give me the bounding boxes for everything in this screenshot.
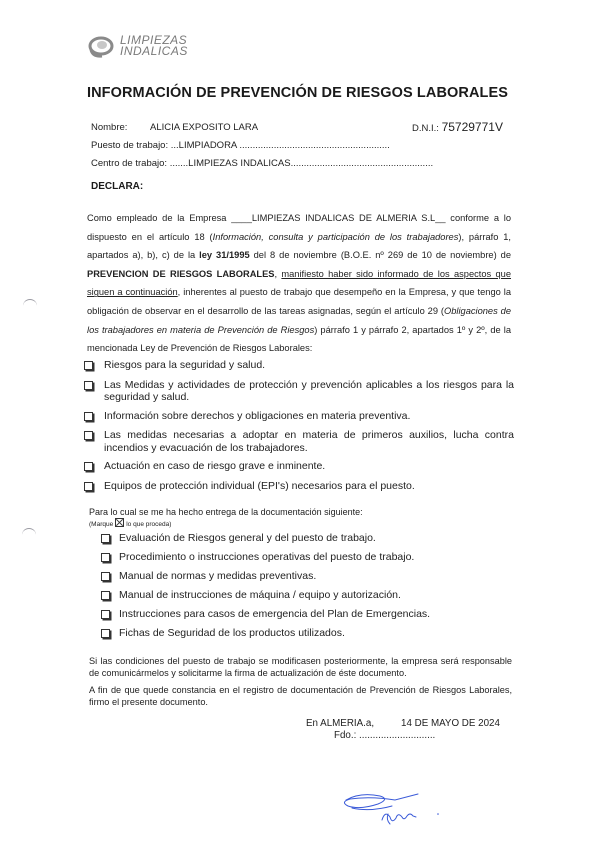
checked-box-icon — [115, 518, 124, 527]
checkbox-icon[interactable] — [84, 431, 93, 440]
signature-date: 14 DE MAYO DE 2024 — [401, 718, 500, 729]
company-logo-text: LIMPIEZAS INDALICAS — [120, 35, 188, 57]
documentation-item: Evaluación de Riesgos general y del pues… — [101, 532, 521, 551]
documentation-note: (Marquelo que proceda) — [89, 518, 171, 528]
name-label: Nombre: — [91, 122, 127, 133]
checkbox-icon[interactable] — [101, 572, 110, 581]
documentation-item: Fichas de Seguridad de los productos uti… — [101, 627, 521, 646]
documentation-item: Manual de normas y medidas preventivas. — [101, 570, 521, 589]
declara-heading: DECLARA: — [91, 181, 143, 192]
company-logo-icon — [88, 36, 114, 58]
info-items-list: Riesgos para la seguridad y salud. Las M… — [84, 359, 514, 492]
binder-hole — [23, 299, 37, 306]
info-item: Las medidas necesarias a adoptar en mate… — [84, 429, 514, 454]
info-item: Equipos de protección individual (EPI's)… — [84, 480, 514, 493]
company-logo: LIMPIEZAS INDALICAS — [88, 34, 228, 64]
documentation-item: Manual de instrucciones de máquina / equ… — [101, 589, 521, 608]
documentation-item: Procedimiento o instrucciones operativas… — [101, 551, 521, 570]
closing-paragraph-1: Si las condiciones del puesto de trabajo… — [89, 656, 512, 679]
puesto-value: ...LIMPIADORA ..........................… — [171, 140, 390, 151]
checkbox-icon[interactable] — [84, 412, 93, 421]
logo-line-2: INDALICAS — [120, 46, 188, 57]
checkbox-icon[interactable] — [101, 591, 110, 600]
documentation-item: Instrucciones para casos de emergencia d… — [101, 608, 521, 627]
checkbox-icon[interactable] — [84, 361, 93, 370]
documentation-list: Evaluación de Riesgos general y del pues… — [101, 532, 521, 646]
signature-fdo: Fdo.: ............................ — [334, 730, 435, 741]
checkbox-icon[interactable] — [101, 629, 110, 638]
name-value: ALICIA EXPOSITO LARA — [150, 122, 258, 133]
checkbox-icon[interactable] — [101, 553, 110, 562]
binder-hole — [22, 528, 36, 535]
puesto-row: Puesto de trabajo: ...LIMPIADORA .......… — [91, 140, 390, 151]
document-title: INFORMACIÓN DE PREVENCIÓN DE RIESGOS LAB… — [0, 85, 595, 101]
centro-value: .......LIMPIEZAS INDALICAS..............… — [170, 158, 433, 169]
puesto-label: Puesto de trabajo: — [91, 140, 168, 151]
centro-row: Centro de trabajo: .......LIMPIEZAS INDA… — [91, 158, 433, 169]
checkbox-icon[interactable] — [84, 381, 93, 390]
checkbox-icon[interactable] — [84, 462, 93, 471]
signature-place: En ALMERIA.a, — [306, 718, 374, 729]
dni-value: 75729771V — [442, 120, 503, 134]
info-item: Actuación en caso de riesgo grave e inmi… — [84, 460, 514, 473]
checkbox-icon[interactable] — [101, 534, 110, 543]
documentation-intro: Para lo cual se me ha hecho entrega de l… — [89, 507, 363, 517]
closing-paragraph-2: A fin de que quede constancia en el regi… — [89, 685, 512, 708]
dni-label: D.N.I.: — [412, 123, 439, 134]
info-item: Riesgos para la seguridad y salud. — [84, 359, 514, 372]
checkbox-icon[interactable] — [84, 482, 93, 491]
checkbox-icon[interactable] — [101, 610, 110, 619]
dni-field: D.N.I.: 75729771V — [412, 120, 503, 134]
info-item: Las Medidas y actividades de protección … — [84, 379, 514, 404]
declaration-paragraph: Como empleado de la Empresa ____LIMPIEZA… — [87, 209, 511, 358]
info-item: Información sobre derechos y obligacione… — [84, 410, 514, 423]
handwritten-signature — [340, 790, 460, 830]
centro-label: Centro de trabajo: — [91, 158, 167, 169]
